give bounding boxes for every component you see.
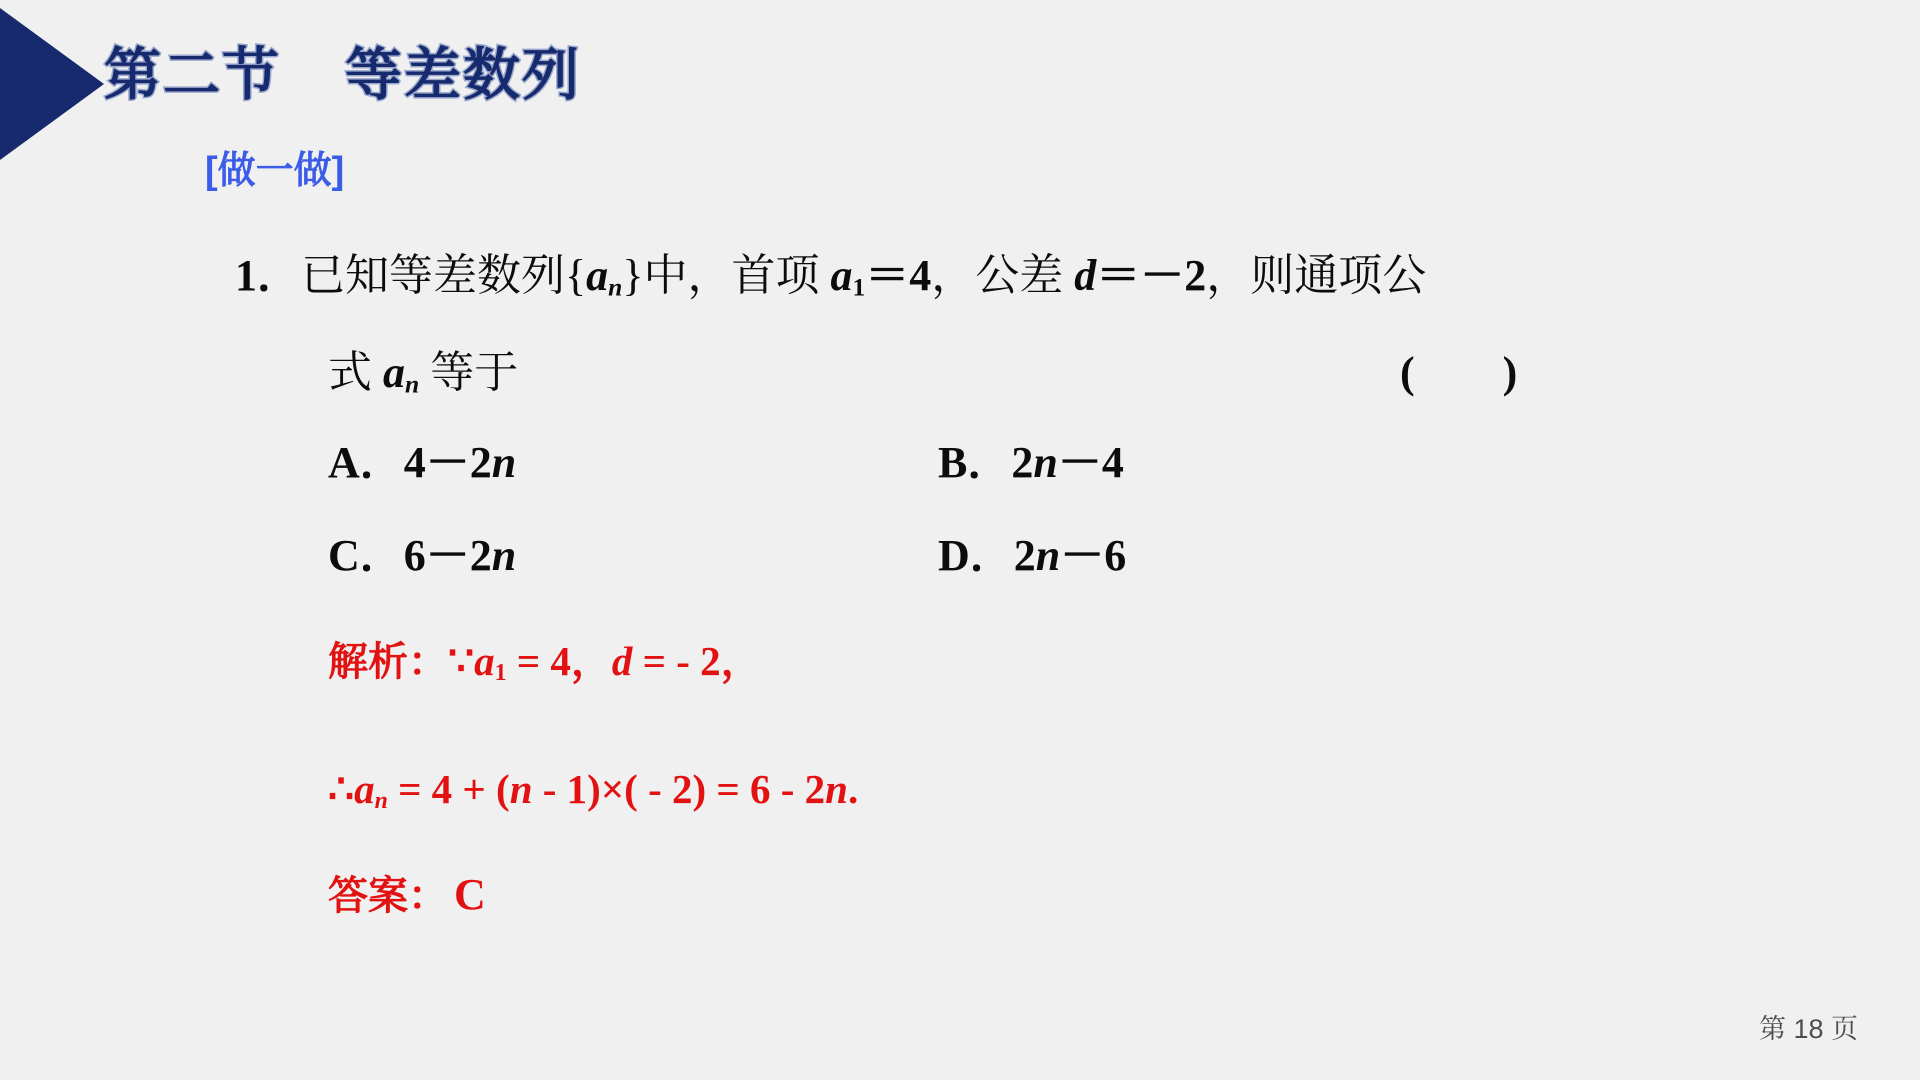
answer-brackets: ( ) [1400,347,1517,399]
option-b: B．2n－4 [938,437,1124,489]
page-title: 第二节等差数列 [104,42,581,108]
option-c: C．6－2n [328,530,516,582]
solution-line-1-math: ∵a1 = 4，d = - 2， [448,638,762,684]
option-a: A．4－2n [328,437,516,489]
page-number: 第 18 页 [1759,1012,1858,1046]
answer-line: 答案：C [328,870,486,921]
title-text: 等差数列 [345,43,581,107]
header-arrow-icon [0,4,110,164]
option-d: D．2n－6 [938,530,1126,582]
question-line-2: 式 an 等于 [328,347,518,411]
answer-label: 答案： [328,874,448,918]
answer-value: C [448,870,486,919]
solution-line-2: ∴an = 4 + (n - 1)×( - 2) = 6 - 2n. [328,764,858,826]
question-line-1: 1．已知等差数列{an}中，首项 a1＝4，公差 d＝－2，则通项公 [235,250,1426,314]
solution-label: 解析： [328,640,448,684]
solution-line-1: 解析：∵a1 = 4，d = - 2， [328,636,762,698]
slide: 第二节等差数列 [做一做] 1．已知等差数列{an}中，首项 a1＝4，公差 d… [0,0,1920,1080]
subheader-tag: [做一做] [205,148,344,194]
section-label: 第二节 [104,43,281,107]
